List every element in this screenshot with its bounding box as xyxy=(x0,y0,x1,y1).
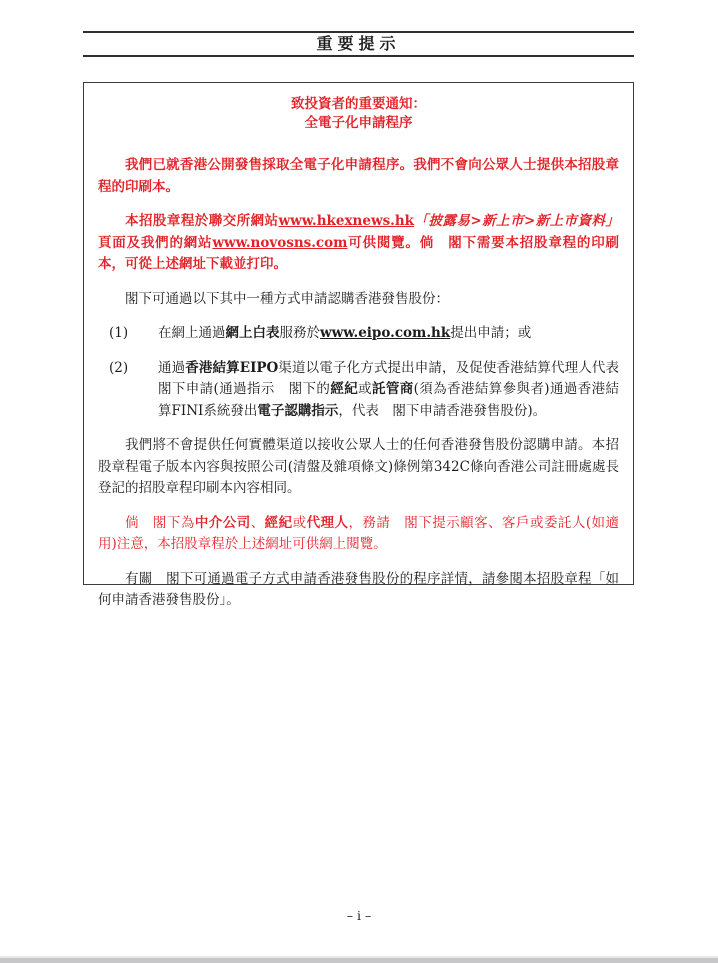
header-rule-top xyxy=(83,31,634,33)
paragraph-apply-methods: 閣下可通過以下其中一種方式申請認購香港發售股份： xyxy=(98,289,619,311)
paragraph-no-physical-channel: 我們將不會提供任何實體渠道以接收公眾人士的任何香港發售股份認購申請。本招股章程電… xyxy=(98,435,619,500)
prospectus-page: 重要提示 致投資者的重要通知： 全電子化申請程序 我們已就香港公開發售採取全電子… xyxy=(0,0,718,963)
page-number: – i – xyxy=(0,908,718,923)
novosns-link[interactable]: www.novosns.com xyxy=(212,235,347,251)
list-item-2: (2) 通過香港結算EIPO渠道以電子化方式提出申請，及促使香港結算代理人代表 … xyxy=(109,358,619,423)
paragraph-intermediaries: 倘 閣下為中介公司、經紀或代理人，務請 閣下提示顧客、客戶或委託人(如適用)注意… xyxy=(98,513,619,556)
text-run: ，代表 閣下申請香港發售股份)。 xyxy=(338,403,546,419)
text-run: 通過 xyxy=(158,360,185,376)
page-edge-strip xyxy=(0,956,718,963)
paragraph-websites: 本招股章程於聯交所網站www.hkexnews.hk「披露易>新上市>新上市資料… xyxy=(98,211,619,276)
text-run: 本招股章程於聯交所網站 xyxy=(125,213,279,229)
text-run: 頁面及我們的網站 xyxy=(98,235,212,251)
paragraph-all-electronic: 我們已就香港公開發售採取全電子化申請程序。我們不會向公眾人士提供本招股章程的印刷… xyxy=(98,155,619,198)
page-title: 重要提示 xyxy=(83,35,634,53)
notice-box: 致投資者的重要通知： 全電子化申請程序 我們已就香港公開發售採取全電子化申請程序… xyxy=(83,82,634,585)
hkexnews-link[interactable]: www.hkexnews.hk xyxy=(279,213,415,229)
header-rule-bottom xyxy=(83,55,634,57)
text-run: 倘 閣下為 xyxy=(125,515,195,531)
text-run: 提出申請；或 xyxy=(450,325,531,341)
esubscription-label: 電子認購指示 xyxy=(257,403,338,419)
notice-heading-line1: 致投資者的重要通知： xyxy=(98,95,619,114)
text-run: 服務於 xyxy=(280,325,321,341)
broker-label: 經紀 xyxy=(330,381,358,397)
list-item-1: (1) 在網上通過網上白表服務於www.eipo.com.hk提出申請；或 xyxy=(109,323,619,345)
text-run: 或 xyxy=(358,381,372,397)
custodian-label: 託管商 xyxy=(372,381,414,397)
agent-label: 代理人 xyxy=(307,515,349,531)
white-form-label: 網上白表 xyxy=(226,325,280,341)
list-marker-1: (1) xyxy=(109,323,128,345)
text-run: 或 xyxy=(293,515,307,531)
hkscc-eipo-label: 香港結算EIPO xyxy=(185,360,278,376)
broker-label: 經紀 xyxy=(265,515,293,531)
text-run: 在網上通過 xyxy=(158,325,226,341)
notice-heading-line2: 全電子化申請程序 xyxy=(98,114,619,133)
list-marker-2: (2) xyxy=(109,358,128,380)
eipo-link[interactable]: www.eipo.com.hk xyxy=(320,325,450,341)
hkexnews-path-text: 「披露易>新上市>新上市資料」 xyxy=(414,213,619,229)
paragraph-how-to-apply: 有關 閣下可通過電子方式申請香港發售股份的程序詳情，請參閱本招股章程「如何申請香… xyxy=(98,569,619,612)
text-run: 、 xyxy=(251,515,265,531)
intermediary-label: 中介公司 xyxy=(195,515,251,531)
